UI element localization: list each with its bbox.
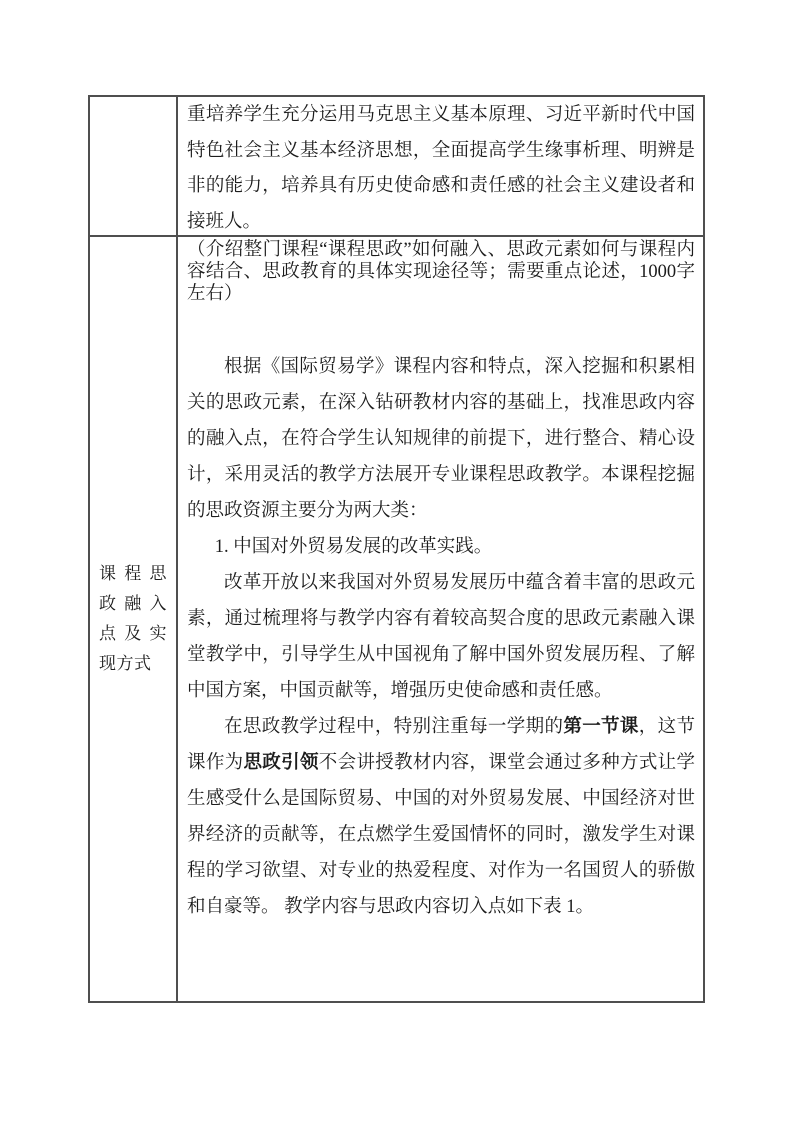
- row2-label-cell: 课程思政融入点及实现方式: [90, 237, 178, 1001]
- row1-content-cell: 重培养学生充分运用马克思主义基本原理、习近平新时代中国特色社会主义基本经济思想，…: [178, 97, 703, 237]
- paragraph-overview: 根据《国际贸易学》课程内容和特点，深入挖掘和积累相关的思政元素，在深入钻研教材内…: [187, 349, 695, 529]
- document-page: 重培养学生充分运用马克思主义基本原理、习近平新时代中国特色社会主义基本经济思想，…: [0, 0, 794, 1123]
- row2-content-cell: （介绍整门课程“课程思政”如何融入、思政元素如何与课程内容结合、思政教育的具体实…: [178, 237, 703, 1001]
- row2-label: 课程思政融入点及实现方式: [99, 559, 167, 679]
- segment-bold-first-lesson: 第一节课: [563, 717, 638, 737]
- course-ideology-table: 重培养学生充分运用马克思主义基本原理、习近平新时代中国特色社会主义基本经济思想，…: [88, 95, 705, 1003]
- segment-text: 在思政教学过程中，特别注重每一学期的: [224, 717, 563, 737]
- paragraph-list-item-1: 1. 中国对外贸易发展的改革实践。: [187, 529, 695, 565]
- row1-continued-text: 重培养学生充分运用马克思主义基本原理、习近平新时代中国特色社会主义基本经济思想，…: [187, 98, 695, 237]
- segment-text: 不会讲授教材内容，课堂会通过多种方式让学生感受什么是国际贸易、中国的对外贸易发展…: [187, 753, 695, 917]
- row1-label-cell: [90, 97, 178, 237]
- body-paragraphs: 根据《国际贸易学》课程内容和特点，深入挖掘和积累相关的思政元素，在深入钻研教材内…: [187, 349, 695, 925]
- segment-bold-ideology-lead: 思政引领: [243, 753, 318, 773]
- paragraph-first-lesson: 在思政教学过程中，特别注重每一学期的第一节课，这节课作为思政引领不会讲授教材内容…: [187, 709, 695, 925]
- paragraph-reform-practice: 改革开放以来我国对外贸易发展历中蕴含着丰富的思政元素，通过梳理将与教学内容有着较…: [187, 565, 695, 709]
- instruction-note: （介绍整门课程“课程思政”如何融入、思政元素如何与课程内容结合、思政教育的具体实…: [187, 239, 695, 305]
